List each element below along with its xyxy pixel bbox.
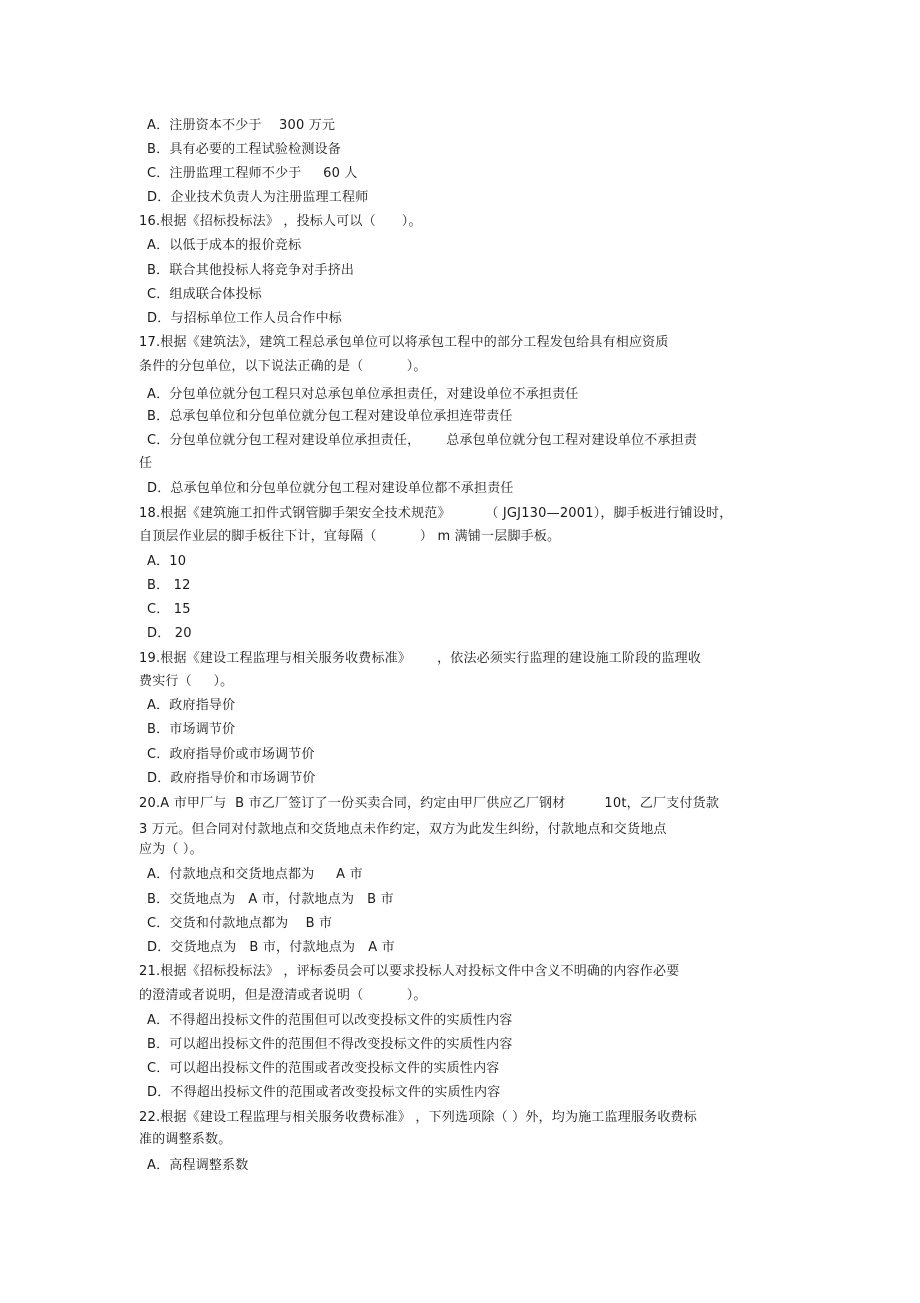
question-text-line: 20.A 市甲厂与 B 市乙厂签订了一份买卖合同，约定由甲厂供应乙厂钢材 10t…	[139, 796, 719, 812]
answer-option-line: B．交货地点为 A 市，付款地点为 B 市	[147, 892, 394, 908]
answer-option-line: D．不得超出投标文件的范围或者改变投标文件的实质性内容	[147, 1085, 500, 1101]
answer-option-line: B． 12	[147, 578, 191, 594]
question-text-line: 3 万元。但合同对付款地点和交货地点未作约定，双方为此发生纠纷，付款地点和交货地…	[139, 822, 667, 838]
answer-option-line: C．可以超出投标文件的范围或者改变投标文件的实质性内容	[147, 1061, 499, 1077]
answer-option-line: B．可以超出投标文件的范围但不得改变投标文件的实质性内容	[147, 1037, 513, 1053]
question-text-line: 16.根据《招标投标法》 ，投标人可以（ ）。	[139, 214, 422, 230]
question-text-line: 19.根据《建设工程监理与相关服务收费标准》 ，依法必须实行监理的建设施工阶段的…	[139, 651, 701, 667]
answer-option-line: A．不得超出投标文件的范围但可以改变投标文件的实质性内容	[147, 1013, 513, 1029]
answer-option-line: C． 15	[147, 602, 191, 618]
answer-option-line: A．分包单位就分包工程只对总承包单位承担责任，对建设单位不承担责任	[147, 387, 579, 403]
answer-option-line: D． 20	[147, 626, 192, 642]
answer-option-line: D．总承包单位和分包单位就分包工程对建设单位都不承担责任	[147, 481, 514, 497]
answer-option-line: C．注册监理工程师不少于 60 人	[147, 166, 358, 182]
answer-option-line: D．与招标单位工作人员合作中标	[147, 311, 342, 327]
answer-option-line: A．10	[147, 554, 186, 570]
question-text-line: 准的调整系数。	[139, 1132, 231, 1148]
answer-option-line: D．交货地点为 B 市，付款地点为 A 市	[147, 940, 395, 956]
answer-option-line: A．注册资本不少于 300 万元	[147, 118, 335, 134]
question-text-line: 任	[139, 456, 152, 472]
question-text-line: 18.根据《建筑施工扣件式钢管脚手架安全技术规范》 （ JGJ130—2001）…	[139, 506, 732, 522]
answer-option-line: B．总承包单位和分包单位就分包工程对建设单位承担连带责任	[147, 409, 513, 425]
answer-option-line: C．交货和付款地点都为 B 市	[147, 916, 332, 932]
question-text-line: 22.根据《建设工程监理与相关服务收费标准》 ，下列选项除（ ）外，均为施工监理…	[139, 1110, 697, 1126]
answer-option-line: A．政府指导价	[147, 698, 235, 714]
answer-option-line: A．以低于成本的报价竞标	[147, 238, 301, 254]
answer-option-line: C．组成联合体投标	[147, 287, 262, 303]
answer-option-line: C．政府指导价或市场调节价	[147, 747, 315, 763]
question-text-line: 自顶层作业层的脚手板往下计，宜每隔（ ） m 满铺一层脚手板。	[139, 529, 560, 545]
question-text-line: 的澄清或者说明，但是澄清或者说明（ ）。	[139, 988, 427, 1004]
answer-option-line: B．市场调节价	[147, 722, 235, 738]
answer-option-line: B．具有必要的工程试验检测设备	[147, 142, 341, 158]
question-text-line: 条件的分包单位，以下说法正确的是（ ）。	[139, 359, 427, 375]
answer-option-line: B．联合其他投标人将竞争对手挤出	[147, 263, 354, 279]
answer-option-line: C．分包单位就分包工程对建设单位承担责任， 总承包单位就分包工程对建设单位不承担…	[147, 433, 697, 449]
question-text-line: 21.根据《招标投标法》 ，评标委员会可以要求投标人对投标文件中含义不明确的内容…	[139, 964, 679, 980]
question-text-line: 费实行（ ）。	[139, 674, 233, 690]
answer-option-line: D．政府指导价和市场调节价	[147, 771, 316, 787]
answer-option-line: A．付款地点和交货地点都为 A 市	[147, 867, 363, 883]
question-text-line: 17.根据《建筑法》，建筑工程总承包单位可以将承包工程中的部分工程发包给具有相应…	[139, 335, 669, 351]
answer-option-line: D．企业技术负责人为注册监理工程师	[147, 190, 368, 206]
question-text-line: 应为（ ）。	[139, 842, 203, 858]
answer-option-line: A．高程调整系数	[147, 1158, 249, 1174]
